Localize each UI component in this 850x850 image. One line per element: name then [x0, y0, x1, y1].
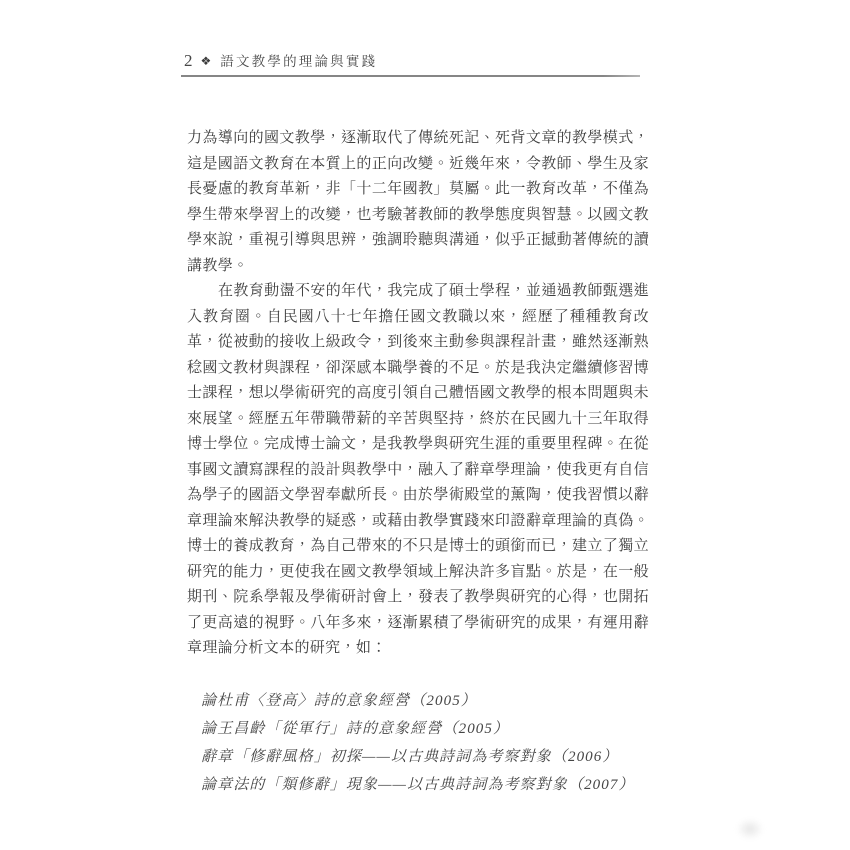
works-list-item: 論章法的「類修辭」現象——以古典詩詞為考察對象（2007） — [201, 771, 649, 799]
paragraph-continuation: 力為導向的國文教學，逐漸取代了傳統死記、死背文章的教學模式，這是國語文教育在本質… — [187, 126, 649, 279]
running-title: 語文教學的理論與實踐 — [220, 50, 377, 70]
page-number: 2 — [184, 51, 193, 71]
body-text: 力為導向的國文教學，逐漸取代了傳統死記、死背文章的教學模式，這是國語文教育在本質… — [187, 126, 649, 799]
works-list-item: 論杜甫〈登高〉詩的意象經營（2005） — [201, 687, 649, 715]
header-rule-divider — [181, 75, 640, 77]
works-list-item: 論王昌齡「從軍行」詩的意象經營（2005） — [201, 715, 649, 743]
works-list: 論杜甫〈登高〉詩的意象經營（2005） 論王昌齡「從軍行」詩的意象經營（2005… — [187, 687, 649, 799]
scan-artifact-smudge — [736, 818, 764, 840]
works-list-item: 辭章「修辭風格」初探——以古典詩詞為考察對象（2006） — [201, 743, 649, 771]
page-header: 2 ❖ 語文教學的理論與實踐 — [184, 50, 377, 71]
diamond-ornament-icon: ❖ — [201, 54, 212, 69]
paragraph-main: 在教育動盪不安的年代，我完成了碩士學程，並通過教師甄選進入教育圈。自民國八十七年… — [187, 279, 649, 662]
book-page: 2 ❖ 語文教學的理論與實踐 力為導向的國文教學，逐漸取代了傳統死記、死背文章的… — [0, 0, 850, 850]
